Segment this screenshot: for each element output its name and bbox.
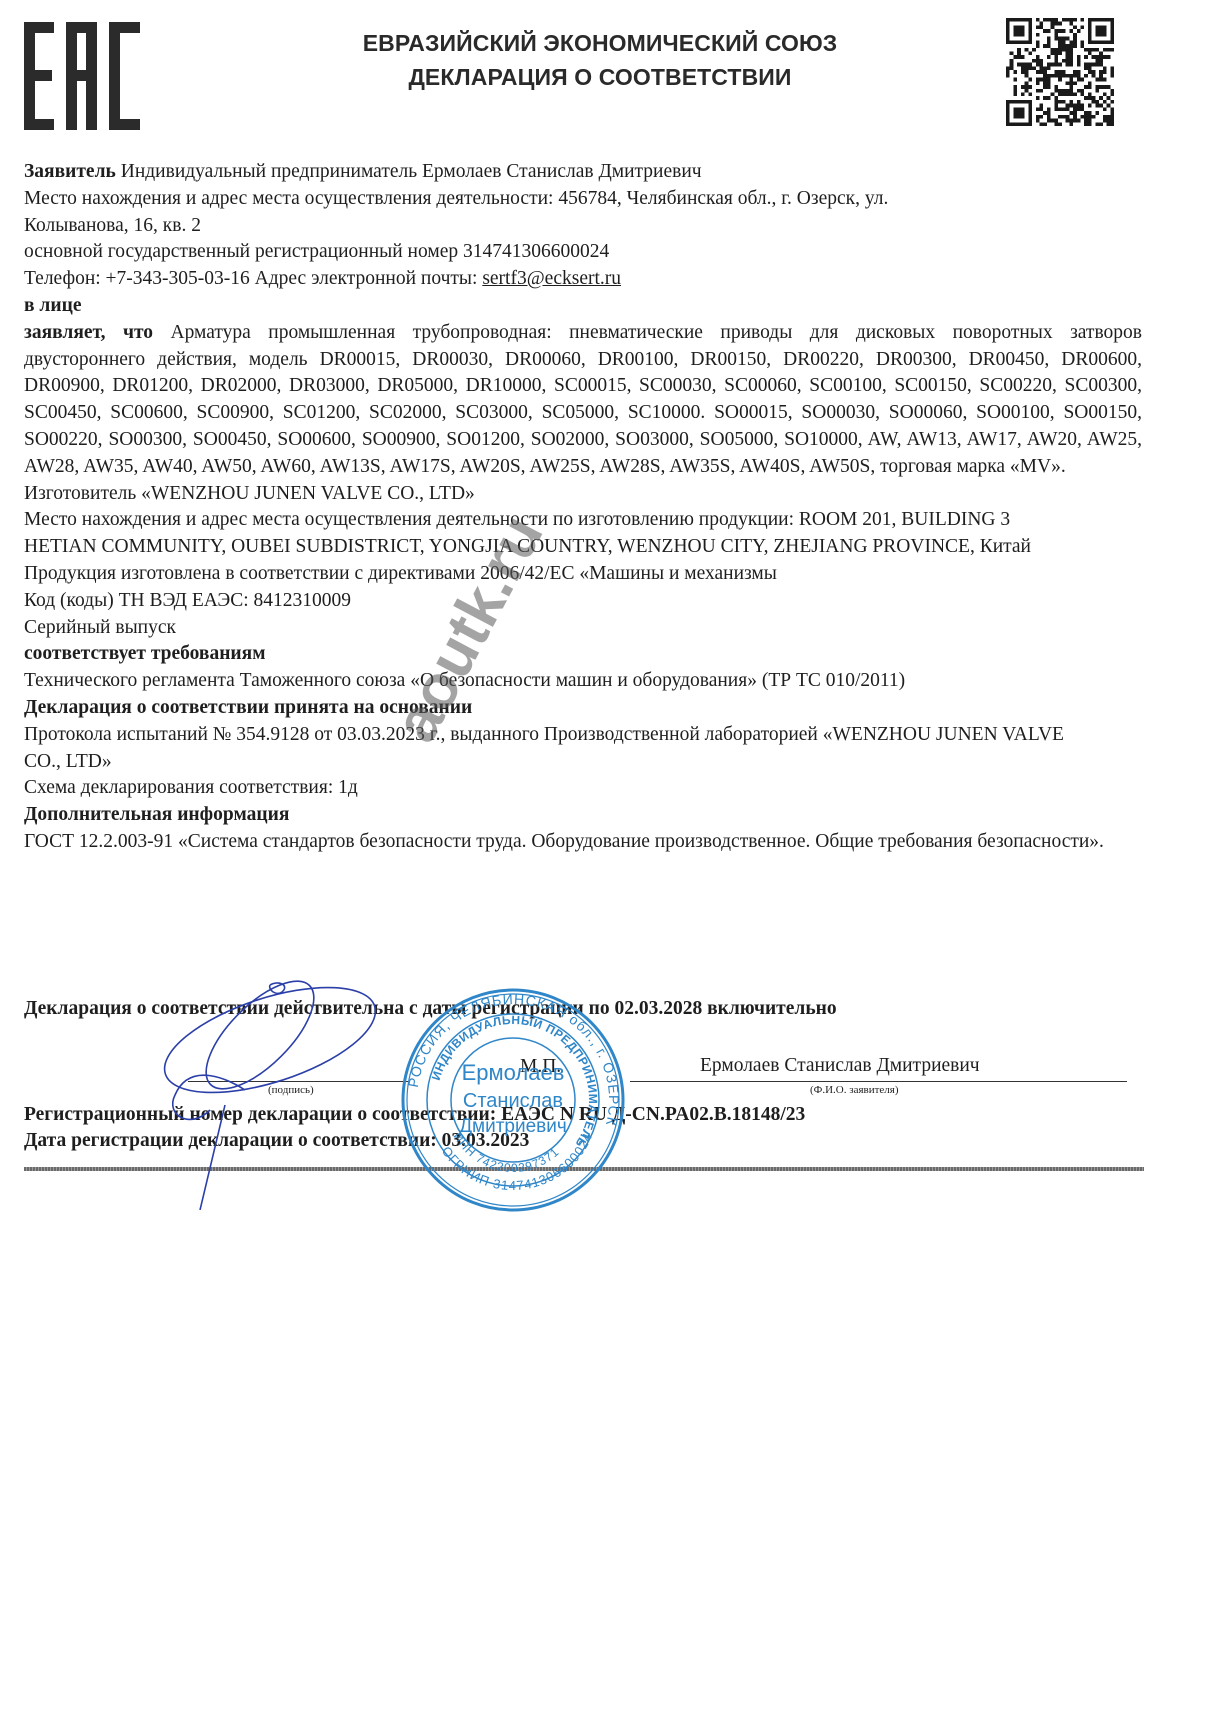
- in-person-label: в лице: [24, 293, 1142, 320]
- regulation: Технического регламента Таможенного союз…: [24, 668, 1142, 695]
- product-text: Арматура промышленная трубопроводная: пн…: [24, 322, 1142, 477]
- registration-number: Регистрационный номер декларации о соотв…: [24, 1104, 805, 1126]
- declaration-body: Заявитель Индивидуальный предприниматель…: [24, 159, 1142, 856]
- bottom-divider: [24, 1167, 1144, 1171]
- additional-text: ГОСТ 12.2.003-91 «Система стандартов без…: [24, 829, 1142, 856]
- applicant-name: Индивидуальный предприниматель Ермолаев …: [121, 161, 702, 182]
- name-caption: (Ф.И.О. заявителя): [810, 1084, 899, 1096]
- tn-ved-code: Код (коды) ТН ВЭД ЕАЭС: 8412310009: [24, 588, 1142, 615]
- manufacturer-address: Место нахождения и адрес места осуществл…: [24, 507, 1074, 561]
- directives: Продукция изготовлена в соответствии с д…: [24, 561, 1142, 588]
- scheme: Схема декларирования соответствия: 1д: [24, 775, 1142, 802]
- applicant-ogrn: основной государственный регистрационный…: [24, 239, 1142, 266]
- manufacturer: Изготовитель «WENZHOU JUNEN VALVE CO., L…: [24, 481, 1142, 508]
- document-header: ЕВРАЗИЙСКИЙ ЭКОНОМИЧЕСКИЙ СОЮЗ ДЕКЛАРАЦИ…: [290, 26, 910, 94]
- complies-label: соответствует требованиям: [24, 641, 1142, 668]
- eac-logo-icon: [24, 22, 140, 130]
- registration-date: Дата регистрации декларации о соответств…: [24, 1130, 529, 1152]
- name-line: [630, 1081, 1127, 1082]
- release-type: Серийный выпуск: [24, 615, 1142, 642]
- phone-text: Телефон: +7-343-305-03-16 Адрес электрон…: [24, 268, 482, 289]
- signature-caption: (подпись): [268, 1084, 314, 1096]
- validity-statement: Декларация о соответствии действительна …: [24, 998, 837, 1020]
- basis-text: Протокола испытаний № 354.9128 от 03.03.…: [24, 722, 1104, 776]
- stamp-place-label: М.П.: [520, 1056, 561, 1078]
- applicant-full-name: Ермолаев Станислав Дмитриевич: [700, 1055, 980, 1077]
- applicant-address: Место нахождения и адрес места осуществл…: [24, 186, 1142, 240]
- basis-label: Декларация о соответствии принята на осн…: [24, 695, 1142, 722]
- applicant-label: Заявитель: [24, 161, 116, 182]
- document-title: ДЕКЛАРАЦИЯ О СООТВЕТСТВИИ: [290, 60, 910, 94]
- union-title: ЕВРАЗИЙСКИЙ ЭКОНОМИЧЕСКИЙ СОЮЗ: [290, 26, 910, 60]
- applicant-line: Заявитель Индивидуальный предприниматель…: [24, 159, 1142, 186]
- declares-label: заявляет, что: [24, 322, 153, 343]
- email-link[interactable]: sertf3@ecksert.ru: [482, 268, 621, 289]
- product-description: заявляет, что Арматура промышленная труб…: [24, 320, 1142, 481]
- signature-line: [188, 1081, 408, 1082]
- qr-code-icon[interactable]: [1006, 13, 1114, 131]
- applicant-contacts: Телефон: +7-343-305-03-16 Адрес электрон…: [24, 266, 1142, 293]
- additional-label: Дополнительная информация: [24, 802, 1142, 829]
